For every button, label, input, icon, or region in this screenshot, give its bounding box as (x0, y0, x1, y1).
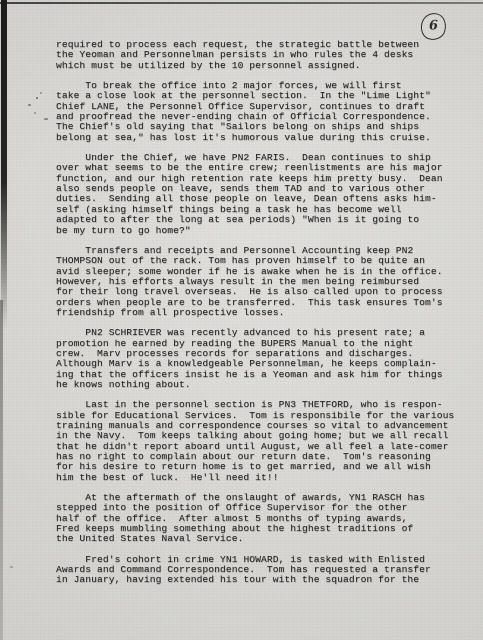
page-number-circle: 6 (418, 10, 449, 42)
paragraph-pn2-thompson: Transfers and receipts and Personnel Acc… (56, 246, 462, 318)
scan-speckle (36, 97, 39, 100)
scan-edge-left-lower (0, 300, 3, 640)
paragraph-pn2-faris: Under the Chief, we have PN2 FARIS. Dean… (56, 153, 462, 236)
scan-speckle (40, 92, 42, 94)
paragraph-pn2-schriever: PN2 SCHRIEVER was recently advanced to h… (56, 328, 462, 390)
page-number: 6 (429, 18, 439, 33)
paragraph-chief-lane: To break the office into 2 major forces,… (56, 81, 462, 143)
scan-speckle (34, 112, 36, 114)
scan-edge-left (1, 0, 7, 330)
document-body: required to process each request, the st… (56, 40, 462, 596)
paragraph-yn1-rasch: At the aftermath of the onslaught of awa… (56, 493, 462, 545)
scan-edge-top (0, 2, 483, 4)
paragraph-desks-battle: required to process each request, the st… (56, 40, 462, 71)
scan-speckle (28, 104, 31, 106)
scanned-document-page: 6 required to process each request, the … (0, 0, 483, 640)
scan-speckle (44, 118, 48, 120)
scan-speckle (10, 566, 13, 568)
paragraph-pn3-thetford: Last in the personnel section is PN3 THE… (56, 400, 462, 483)
paragraph-yn1-howard: Fred's cohort in crime YN1 HOWARD, is ta… (56, 555, 462, 586)
